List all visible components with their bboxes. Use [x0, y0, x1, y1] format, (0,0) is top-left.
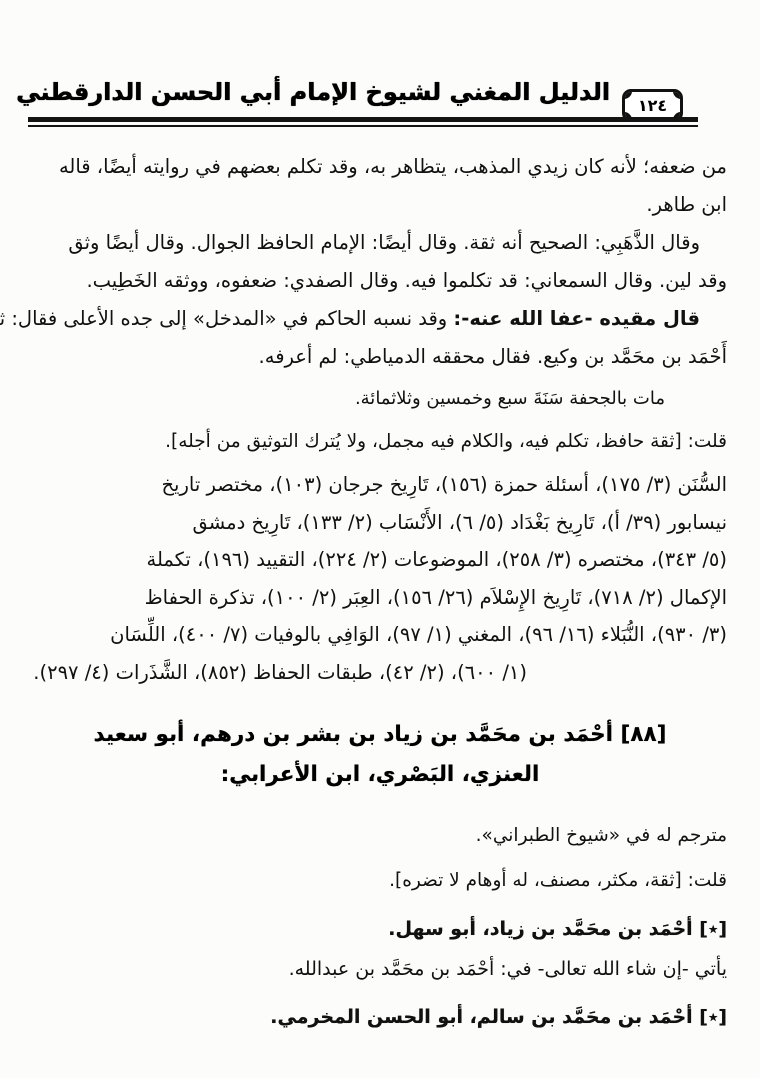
paragraph-author-note: قال مقيده -عفا الله عنه-: وقد نسبه الحاك…: [33, 300, 727, 376]
sources-citation-list: السُّنَن (٣/ ١٧٥)، أسئلة حمزة (١٥٦)، تَا…: [33, 466, 727, 691]
paragraph-line: ابن طاهر.: [33, 186, 727, 224]
citation-line: الإكمال (٢/ ٧١٨)، تَارِيخ الإِسْلاَم (٢٦…: [33, 579, 727, 617]
cross-reference-entry-2: [٭] أحْمَد بن محَمَّد بن سالم، أبو الحسن…: [33, 999, 727, 1035]
header-divider-rule: [28, 117, 698, 127]
citation-line: (٣/ ٩٣٠)، النُّبَلاء (١٦/ ٩٦)، المغني (١…: [33, 616, 727, 654]
cross-reference-entry-1: [٭] أحْمَد بن محَمَّد بن زياد، أبو سهل.: [33, 911, 727, 947]
page-number: ١٢٤: [638, 96, 667, 115]
corner-ornament-icon: [624, 112, 632, 120]
paragraph-line: وقد لين. وقال السمعاني: قد تكلموا فيه. و…: [33, 262, 727, 300]
citation-line: (١/ ٦٠٠)، (٢/ ٤٢)، طبقات الحفاظ (٨٥٢)، ا…: [33, 654, 727, 692]
paragraph-line: أَحْمَد بن محَمَّد بن وكيع. فقال محققه ا…: [33, 338, 727, 376]
scanned-book-page: { "header": { "title": "الدليل المغني لش…: [0, 0, 760, 1078]
author-note-lead: قال مقيده -عفا الله عنه-:: [453, 307, 700, 330]
author-verdict-line: قلت: [ثقة حافظ، تكلم فيه، والكلام فيه مج…: [33, 424, 727, 460]
paragraph-line: قال مقيده -عفا الله عنه-: وقد نسبه الحاك…: [33, 300, 727, 338]
corner-ornament-icon: [673, 112, 681, 120]
author-note-rest: وقد نسبه الحاكم في «المدخل» إلى جده الأع…: [0, 307, 453, 330]
paragraph-weakening: من ضعفه؛ لأنه كان زيدي المذهب، يتظاهر به…: [33, 148, 727, 224]
citation-line: نيسابور (٣٩/ أ)، تَارِيخ بَغْدَاد (٥/ ٦)…: [33, 504, 727, 542]
corner-ornament-icon: [673, 91, 681, 99]
paragraph-dhahabi-quote: وقال الذَّهَبِي: الصحيح أنه ثقة. وقال أي…: [33, 224, 727, 300]
corner-ornament-icon: [624, 91, 632, 99]
citation-line: (٥/ ٣٤٣)، مختصره (٣/ ٢٥٨)، الموضوعات (٢/…: [33, 541, 727, 579]
tarjama-note-line: مترجم له في «شيوخ الطبراني».: [33, 819, 727, 853]
paragraph-line: من ضعفه؛ لأنه كان زيدي المذهب، يتظاهر به…: [33, 148, 727, 186]
entry-heading-line: العنزي، البَصْري، ابن الأعرابي:: [33, 755, 727, 795]
entry-heading-line: [٨٨] أحْمَد بن محَمَّد بن زياد بن بشر بن…: [33, 715, 727, 755]
page-body: من ضعفه؛ لأنه كان زيدي المذهب، يتظاهر به…: [33, 148, 727, 1035]
entry-88-heading: [٨٨] أحْمَد بن محَمَّد بن زياد بن بشر بن…: [33, 715, 727, 795]
death-note-line: مات بالجحفة سَنَةَ سبع وخمسين وثلاثمائة.: [33, 382, 727, 416]
book-title-header: الدليل المغني لشيوخ الإمام أبي الحسن الد…: [30, 78, 610, 106]
cross-reference-note: يأتي -إن شاء الله تعالى- في: أحْمَد بن م…: [33, 951, 727, 987]
citation-line: السُّنَن (٣/ ١٧٥)، أسئلة حمزة (١٥٦)، تَا…: [33, 466, 727, 504]
author-verdict-line-2: قلت: [ثقة، مكثر، مصنف، له أوهام لا تضره]…: [33, 863, 727, 899]
paragraph-line: وقال الذَّهَبِي: الصحيح أنه ثقة. وقال أي…: [33, 224, 727, 262]
